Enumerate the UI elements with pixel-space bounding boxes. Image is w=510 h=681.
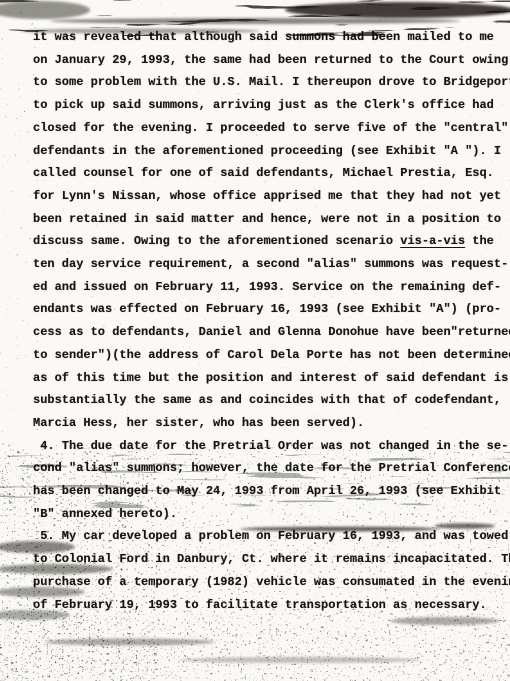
text-line: 5. My car developed a problem on Februar… bbox=[33, 525, 510, 548]
affidavit-text-block: it was revealed that although said summo… bbox=[33, 26, 510, 616]
text-line: "B" annexed hereto). bbox=[33, 503, 510, 526]
text-line: been retained in said matter and hence, … bbox=[33, 208, 510, 231]
text-line: purchase of a temporary (1982) vehicle w… bbox=[33, 571, 510, 594]
text-line: to sender")(the address of Carol Dela Po… bbox=[33, 344, 510, 367]
text-line: endants was effected on February 16, 199… bbox=[33, 298, 510, 321]
text-line: on January 29, 1993, the same had been r… bbox=[33, 49, 510, 72]
underlined-phrase: vis-a-vis bbox=[400, 234, 465, 248]
text-line: cess as to defendants, Daniel and Glenna… bbox=[33, 321, 510, 344]
scanned-page: it was revealed that although said summo… bbox=[0, 0, 510, 681]
text-line: of February 19, 1993 to facilitate trans… bbox=[33, 594, 510, 617]
text-line: called counsel for one of said defendant… bbox=[33, 162, 510, 185]
text-line: ten day service requirement, a second "a… bbox=[33, 253, 510, 276]
text-line: cond "alias" summons; however, the date … bbox=[33, 457, 510, 480]
text-line: to some problem with the U.S. Mail. I th… bbox=[33, 71, 510, 94]
text-line: to pick up said summons, arriving just a… bbox=[33, 94, 510, 117]
text-line: Marcia Hess, her sister, who has been se… bbox=[33, 412, 510, 435]
text-line: defendants in the aforementioned proceed… bbox=[33, 140, 510, 163]
text-line: to Colonial Ford in Danbury, Ct. where i… bbox=[33, 548, 510, 571]
text-line: 4. The due date for the Pretrial Order w… bbox=[33, 435, 510, 458]
text-line: discuss same. Owing to the aforementione… bbox=[33, 230, 510, 253]
text-line: it was revealed that although said summo… bbox=[33, 26, 510, 49]
text-line: ed and issued on February 11, 1993. Serv… bbox=[33, 276, 510, 299]
text-line: for Lynn's Nissan, whose office apprised… bbox=[33, 185, 510, 208]
text-line: substantially the same as and coincides … bbox=[33, 389, 510, 412]
text-segment: discuss same. Owing to the aforementione… bbox=[33, 234, 400, 248]
text-line: closed for the evening. I proceeded to s… bbox=[33, 117, 510, 140]
text-line: as of this time but the position and int… bbox=[33, 367, 510, 390]
text-segment: the bbox=[465, 234, 494, 248]
text-line: has been changed to May 24, 1993 from Ap… bbox=[33, 480, 510, 503]
